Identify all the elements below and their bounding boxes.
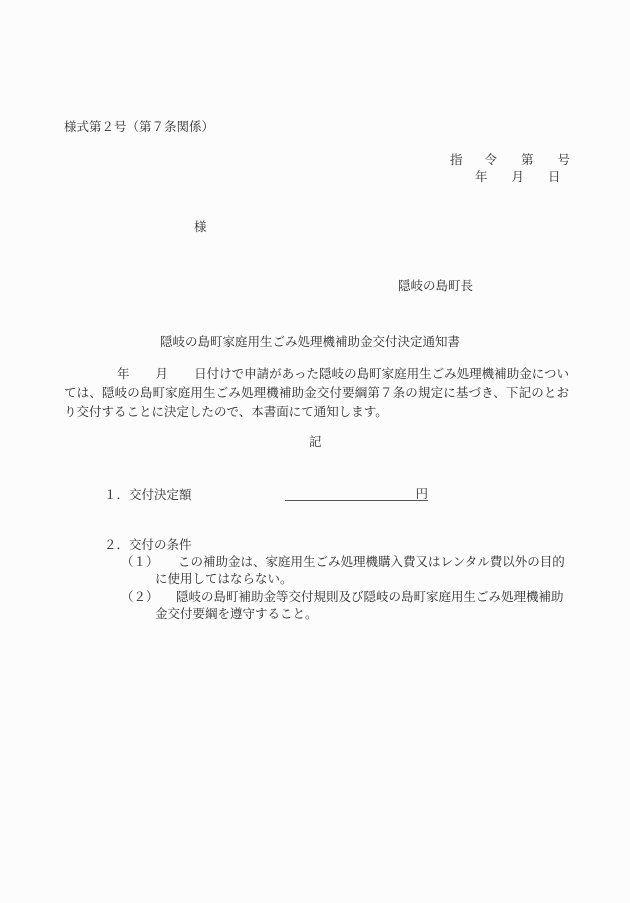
date-line: 年月日 xyxy=(475,167,561,186)
body-paragraph: 年月日付けで申請があった隠岐の島町家庭用生ごみ処理機補助金については、隠岐の島町… xyxy=(64,364,569,421)
issuer: 隠岐の島町長 xyxy=(398,276,473,295)
condition-1-line2: に使用してはならない。 xyxy=(155,569,293,588)
condition-2-number: （２） xyxy=(121,587,159,606)
date-month: 月 xyxy=(512,167,525,186)
yen-unit: 円 xyxy=(415,484,428,503)
date-year: 年 xyxy=(475,167,488,186)
form-number: 様式第２号（第７条関係） xyxy=(64,117,214,136)
recipient-suffix: 様 xyxy=(194,217,207,236)
ref-shi: 指 xyxy=(450,150,463,169)
body-year-label: 年 xyxy=(117,366,130,381)
document-title: 隠岐の島町家庭用生ごみ処理機補助金交付決定通知書 xyxy=(160,332,460,351)
grant-amount-field: 円 xyxy=(285,484,428,501)
body-text: 日付けで申請があった隠岐の島町家庭用生ごみ処理機補助金については、隠岐の島町家庭… xyxy=(64,366,569,419)
body-month-label: 月 xyxy=(156,366,169,381)
condition-2-line2: 金交付要綱を遵守すること。 xyxy=(155,604,318,623)
date-day: 日 xyxy=(548,167,561,186)
item-grant-amount-label: １．交付決定額 xyxy=(104,485,192,504)
condition-1-number: （１） xyxy=(121,552,159,571)
ki-heading: 記 xyxy=(309,432,322,451)
